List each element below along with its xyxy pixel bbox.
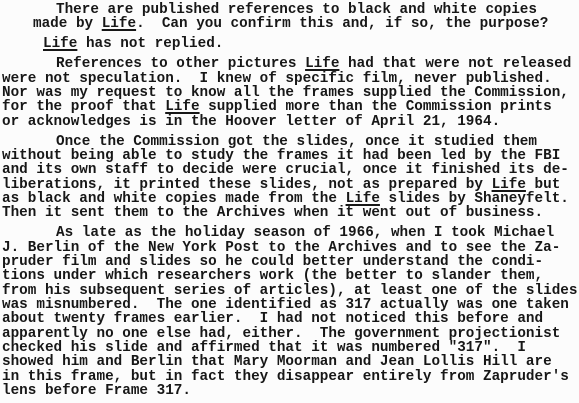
text-line: As late as the holiday season of 1966, w… — [2, 226, 579, 240]
body-paragraph-references: References to other pictures Life had th… — [2, 57, 579, 129]
text-segment: . Can you confirm this and, if so, the p… — [136, 16, 548, 32]
document-page: There are published references to black … — [0, 0, 579, 403]
text-line: checked his slide and affirmed that it w… — [2, 341, 579, 355]
text-line: or acknowledges is in the Hoover letter … — [2, 115, 579, 129]
text-line: from his subsequent series of articles),… — [2, 284, 579, 298]
text-line: was misnumbered. The one identified as 3… — [2, 298, 579, 312]
underlined-text: Life — [43, 36, 77, 52]
text-line: Life has not replied. — [2, 37, 579, 51]
text-line: Nor was my request to know all the frame… — [2, 86, 579, 100]
text-line: Then it sent them to the Archives when i… — [2, 206, 579, 220]
text-line: in this frame, but in fact they disappea… — [2, 370, 579, 384]
text-line: showed him and Berlin that Mary Moorman … — [2, 355, 579, 369]
text-line: liberations, it printed these slides, no… — [2, 178, 579, 192]
text-line: apparently no one else had, either. The … — [2, 327, 579, 341]
text-segment: Then it sent them to the Archives when i… — [2, 205, 543, 221]
text-line: were not speculation. I knew of specific… — [2, 72, 579, 86]
text-line: J. Berlin of the New York Post to the Ar… — [2, 241, 579, 255]
text-line: There are published references to black … — [33, 3, 579, 17]
text-line: Once the Commission got the slides, once… — [2, 135, 579, 149]
text-line: made by Life. Can you confirm this and, … — [33, 17, 579, 31]
text-line: lens before Frame 317. — [2, 384, 579, 398]
text-segment: or acknowledges is in the Hoover letter … — [2, 114, 500, 130]
body-paragraph-commission: Once the Commission got the slides, once… — [2, 135, 579, 221]
text-segment: has not replied. — [77, 36, 223, 52]
text-line: References to other pictures Life had th… — [2, 57, 579, 71]
text-line: and its own staff to decide were crucial… — [2, 163, 579, 177]
answer-paragraph: Life has not replied. — [2, 37, 579, 51]
text-line: for the proof that Life supplied more th… — [2, 100, 579, 114]
text-segment: lens before Frame 317. — [2, 383, 191, 399]
text-line: as black and white copies made from the … — [2, 192, 579, 206]
question-paragraph: There are published references to black … — [33, 3, 579, 32]
text-line: tions under which researchers work (the … — [2, 269, 579, 283]
text-line: about twenty frames earlier. I had not n… — [2, 312, 579, 326]
text-line: pruder film and slides so he could bette… — [2, 255, 579, 269]
underlined-text: Life — [102, 16, 136, 32]
body-paragraph-archives-visit: As late as the holiday season of 1966, w… — [2, 226, 579, 398]
text-line: without being able to study the frames i… — [2, 149, 579, 163]
text-segment: made by — [33, 16, 102, 32]
